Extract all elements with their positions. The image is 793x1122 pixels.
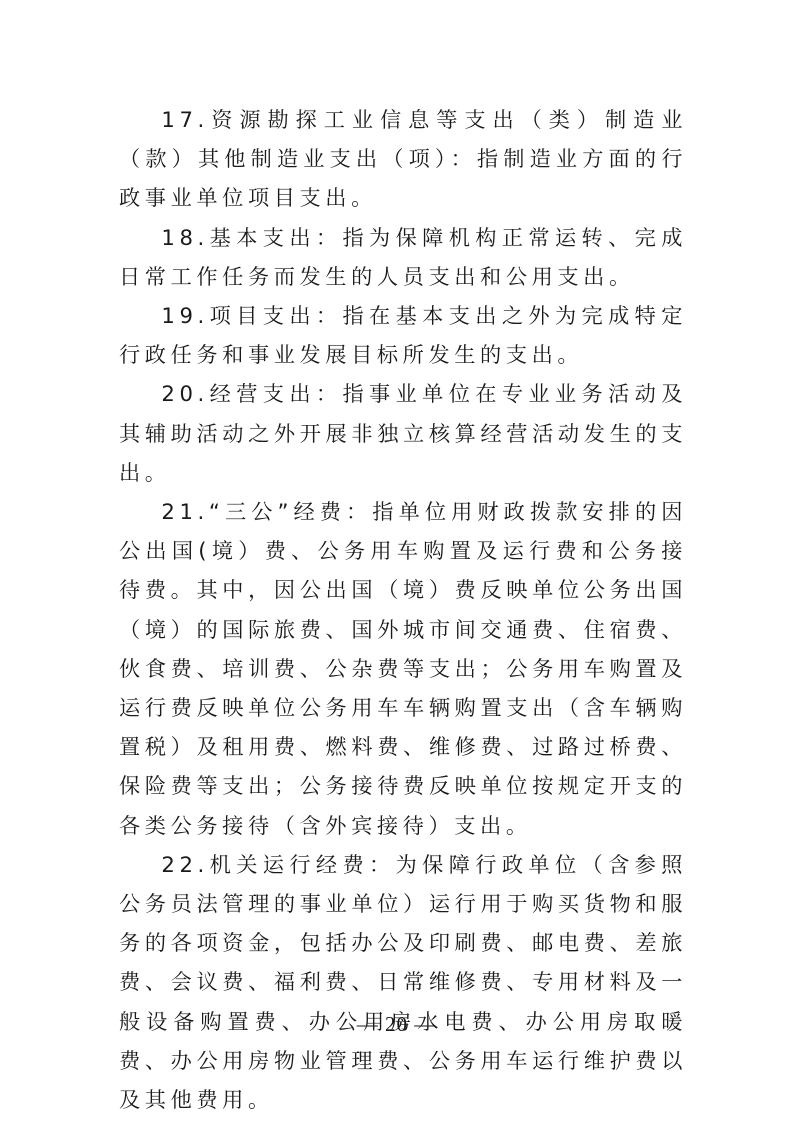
paragraph-21: 21.“三公”经费：指单位用财政拨款安排的因公出国(境）费、公务用车购置及运行费… (119, 492, 687, 845)
paragraph-20: 20.经营支出：指事业单位在专业业务活动及其辅助活动之外开展非独立核算经营活动发… (119, 374, 687, 492)
paragraph-19: 19.项目支出：指在基本支出之外为完成特定行政任务和事业发展目标所发生的支出。 (119, 296, 687, 374)
paragraph-18: 18.基本支出：指为保障机构正常运转、完成日常工作任务而发生的人员支出和公用支出… (119, 218, 687, 296)
document-body: 17.资源勘探工业信息等支出（类）制造业（款）其他制造业支出（项）：指制造业方面… (119, 100, 687, 1119)
page-number: — 20 — (0, 1012, 793, 1037)
paragraph-17: 17.资源勘探工业信息等支出（类）制造业（款）其他制造业支出（项）：指制造业方面… (119, 100, 687, 218)
paragraph-22: 22.机关运行经费：为保障行政单位（含参照公务员法管理的事业单位）运行用于购买货… (119, 845, 687, 1119)
